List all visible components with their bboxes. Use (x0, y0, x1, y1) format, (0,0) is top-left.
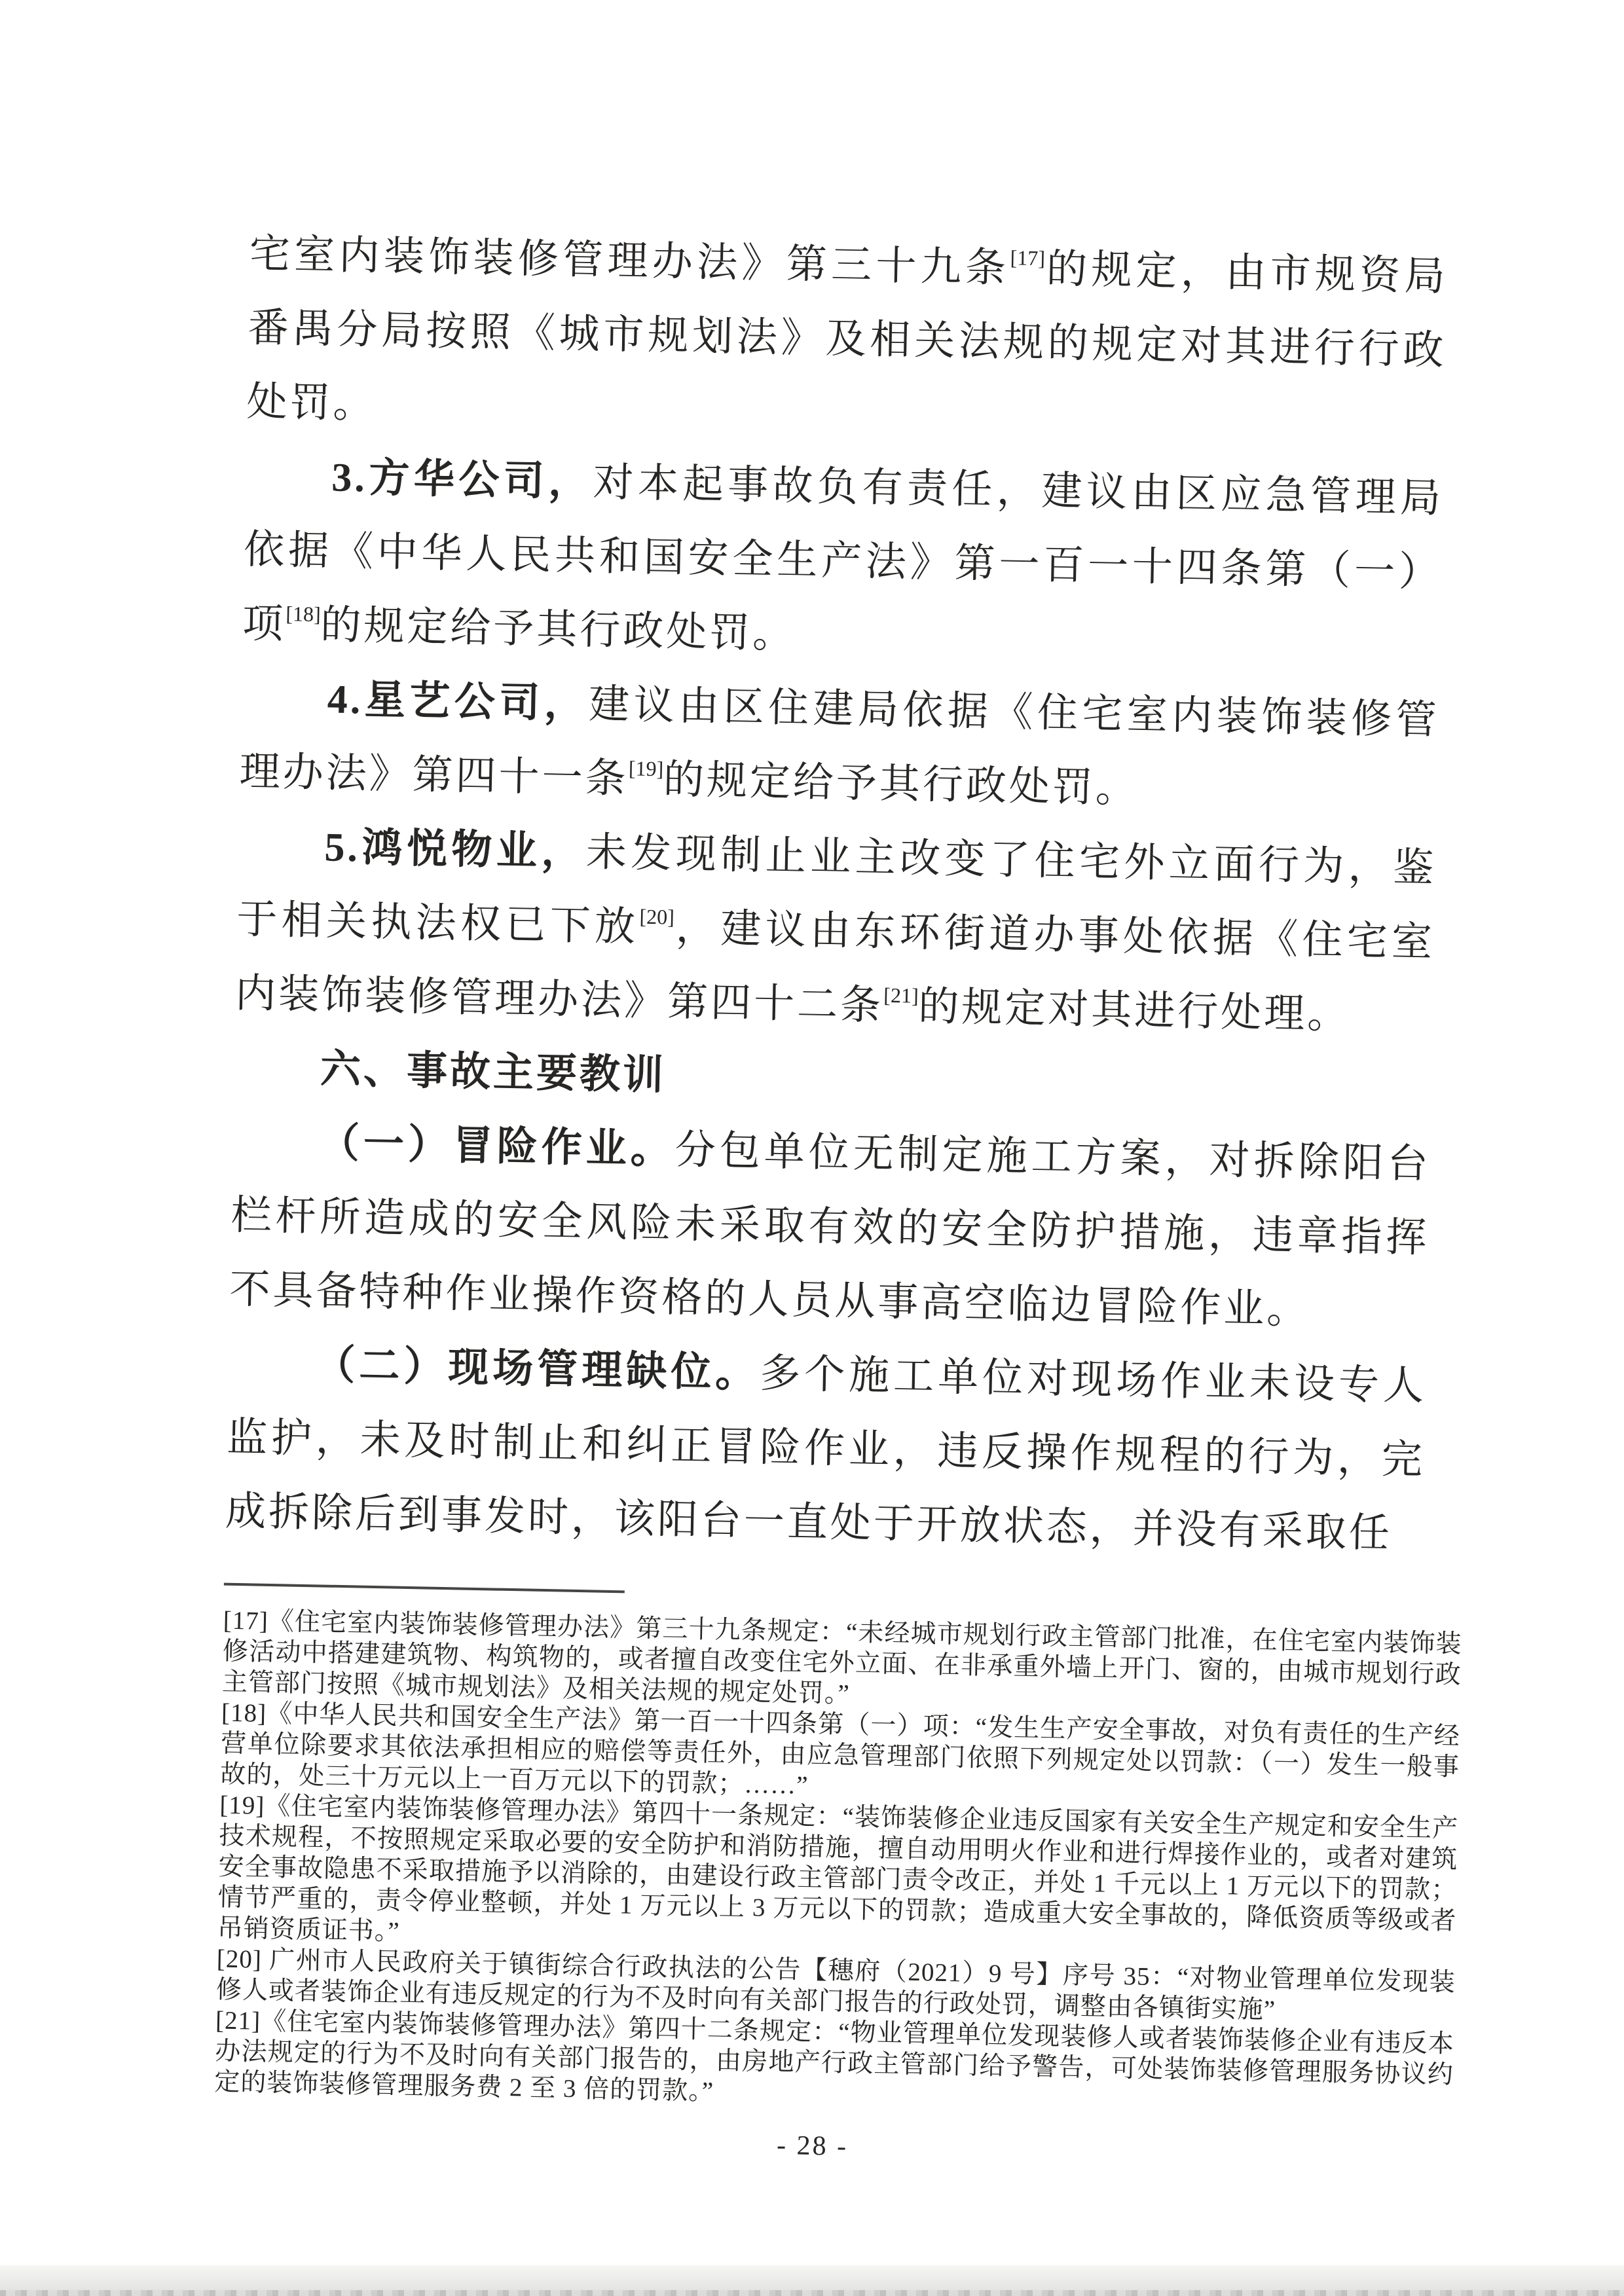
footnote-text: 《住宅室内装饰装修管理办法》第三十九条规定：“未经城市规划行政主管部门批准，在住… (222, 1607, 1462, 1708)
footnote-marker: [21] (215, 2006, 261, 2035)
text-run: 的规定给予其行政处罚。 (320, 603, 796, 657)
text-run: 5.鸿悦物业， (324, 825, 587, 875)
footnote-separator (224, 1583, 625, 1594)
footnote-ref: [19] (629, 756, 664, 780)
footnote-marker: [17] (223, 1607, 268, 1635)
footnote-marker: [18] (221, 1699, 267, 1728)
body-paragraph: 5.鸿悦物业，未发现制止业主改变了住宅外立面行为，鉴于相关执法权已下放[20]，… (234, 809, 1437, 1054)
footnote-text: 《住宅室内装饰装修管理办法》第四十一条规定：“装饰装修企业违反国家有关安全生产规… (217, 1792, 1458, 1946)
scan-artifact-edge (0, 2290, 1624, 2296)
body-paragraph: （一）冒险作业。分包单位无制定施工方案，对拆除阳台栏杆所造成的安全风险未采取有效… (229, 1105, 1431, 1350)
text-run: （二）现场管理缺位。 (314, 1343, 760, 1396)
page-number: - 28 - (213, 2118, 1412, 2174)
footnotes-section: [17]《住宅室内装饰装修管理办法》第三十九条规定：“未经城市规划行政主管部门批… (214, 1605, 1462, 2121)
footnote-marker: [20] (217, 1945, 263, 1974)
text-run: 3.方华公司， (331, 455, 594, 505)
page-content: 宅室内装饰装修管理办法》第三十九条[17]的规定，由市规资局番禺分局按照《城市规… (213, 217, 1448, 2174)
body-paragraph: 宅室内装饰装修管理办法》第三十九条[17]的规定，由市规资局番禺分局按照《城市规… (246, 217, 1448, 462)
footnote-ref: [21] (883, 983, 919, 1008)
text-run: 4.星艺公司， (327, 677, 589, 727)
document-page: 宅室内装饰装修管理办法》第三十九条[17]的规定，由市规资局番禺分局按照《城市规… (0, 0, 1624, 2296)
text-run: 的规定对其进行处理。 (918, 985, 1351, 1038)
footnote-marker: [19] (219, 1791, 265, 1820)
footnote-ref: [20] (639, 905, 674, 929)
body-paragraph: 3.方华公司，对本起事故负有责任，建议由区应急管理局依据《中华人民共和国安全生产… (242, 439, 1444, 684)
footnote-item: [19]《住宅室内装饰装修管理办法》第四十一条规定：“装饰装修企业违反国家有关安… (217, 1790, 1458, 1967)
body-text: 宅室内装饰装修管理办法》第三十九条[17]的规定，由市规资局番禺分局按照《城市规… (225, 217, 1449, 1572)
footnote-ref: [18] (286, 602, 321, 626)
text-run: 的规定给予其行政处罚。 (663, 757, 1139, 811)
text-run: 六、事故主要教训 (320, 1047, 666, 1098)
body-paragraph: （二）现场管理缺位。多个施工单位对现场作业未设专人监护，未及时制止和纠正冒险作业… (225, 1327, 1427, 1572)
text-run: （一）冒险作业。 (318, 1121, 675, 1172)
text-run: 宅室内装饰装修管理办法》第三十九条 (249, 232, 1010, 291)
body-paragraph: 4.星艺公司，建议由区住建局依据《住宅室内装饰装修管理办法》第四十一条[19]的… (239, 661, 1440, 832)
footnote-ref: [17] (1010, 246, 1045, 270)
